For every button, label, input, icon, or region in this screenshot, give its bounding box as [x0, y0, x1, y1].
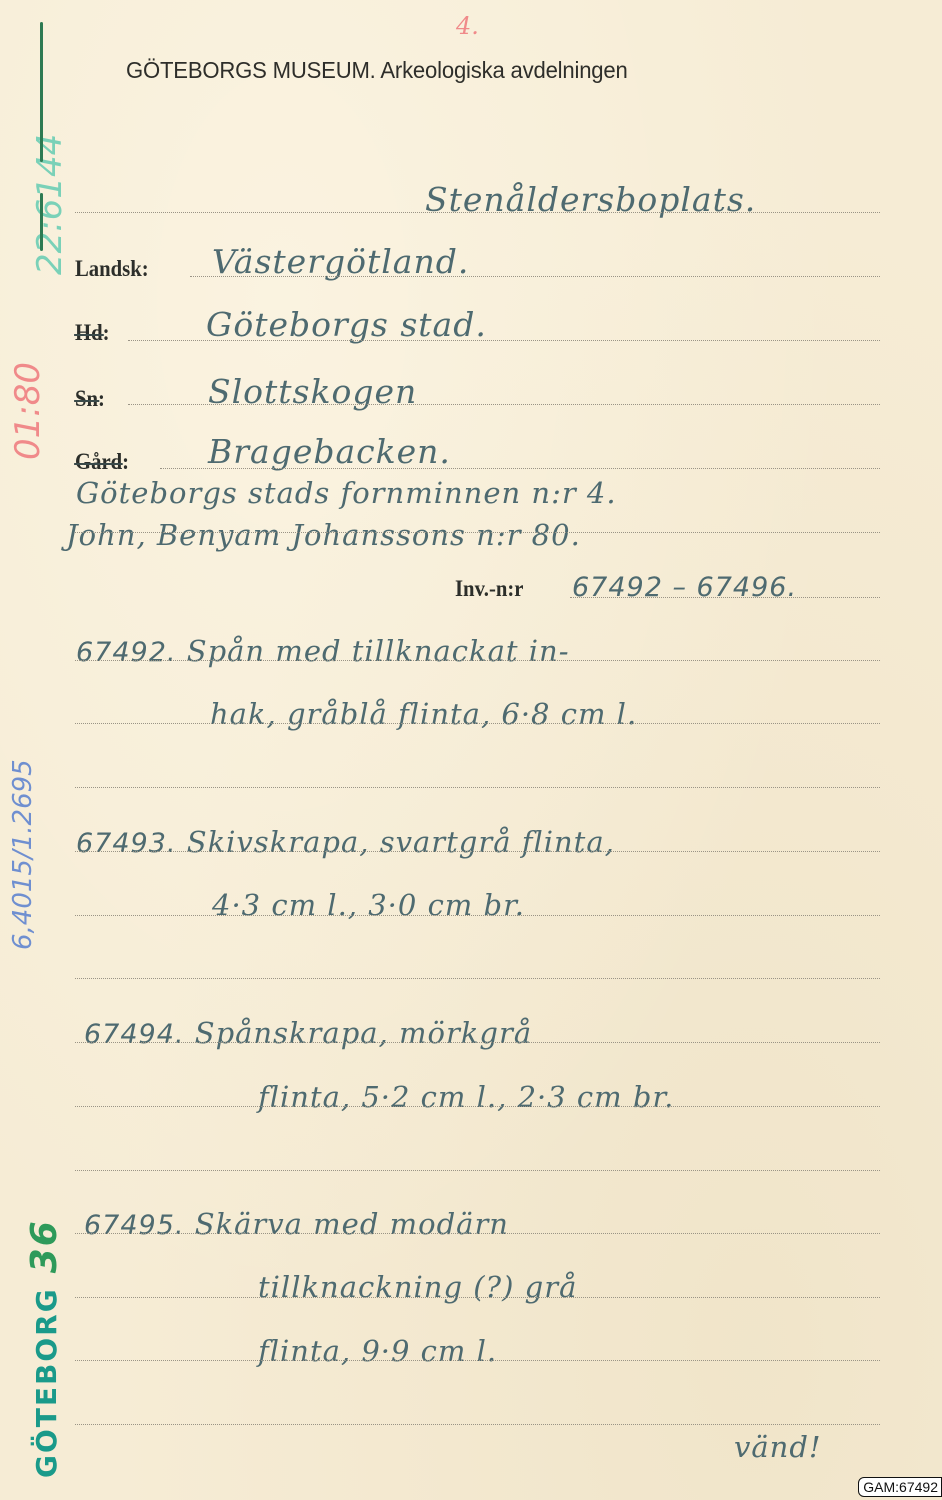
entry-67494-line-2: flinta, 5·2 cm l., 2·3 cm br.: [258, 1080, 674, 1114]
field-value-gard: Bragebacken.: [208, 432, 451, 471]
entry-67493-line-1: 67493. Skivskrapa, svartgrå flinta,: [76, 825, 615, 859]
inventory-value: 67492 – 67496.: [572, 572, 797, 603]
dotted-rule: [75, 1360, 880, 1361]
field-label-hd: Hd:: [75, 320, 110, 346]
inventory-label: Inv.-n:r: [455, 576, 523, 602]
field-value-sn: Slottskogen: [208, 372, 417, 411]
entry-67495-line-3: flinta, 9·9 cm l.: [258, 1334, 497, 1368]
dotted-rule: [75, 1297, 880, 1298]
dotted-rule: [75, 1424, 880, 1425]
margin-blue-number: 6,4015/1.2695: [8, 759, 38, 950]
margin-green-number: 22:6144: [30, 134, 70, 275]
catalog-card: 4. GÖTEBORGS MUSEUM. Arkeologiska avdeln…: [0, 0, 942, 1500]
entry-67492-line-2: hak, gråblå flinta, 6·8 cm l.: [210, 697, 637, 731]
dotted-rule: [75, 787, 880, 788]
note-line-2: John, Benyam Johanssons n:r 80.: [66, 518, 581, 552]
dotted-rule: [75, 851, 880, 852]
dotted-rule: [75, 532, 880, 533]
entry-67495-line-1: 67495. Skärva med modärn: [84, 1207, 509, 1241]
dotted-rule: [128, 404, 880, 405]
dotted-rule: [75, 1106, 880, 1107]
entry-67492-line-1: 67492. Spån med tillknackat in-: [76, 634, 570, 668]
dotted-rule: [75, 660, 880, 661]
entry-67494-line-1: 67494. Spånskrapa, mörkgrå: [84, 1016, 532, 1050]
dotted-rule: [75, 1170, 880, 1171]
catalog-stamp: GAM:67492: [858, 1477, 942, 1497]
margin-goteborg-stamp: GÖTEBORG36: [24, 1219, 65, 1478]
dotted-rule: [75, 212, 880, 213]
strike-bar: [40, 193, 43, 251]
turn-over-note: vänd!: [734, 1430, 822, 1464]
stamp-number: 36: [24, 1219, 65, 1273]
dotted-rule: [75, 915, 880, 916]
dotted-rule: [128, 340, 880, 341]
field-label-landsk: Landsk:: [75, 256, 149, 282]
entry-67495-line-2: tillknackning (?) grå: [258, 1270, 577, 1304]
dotted-rule: [75, 978, 880, 979]
entry-67493-line-2: 4·3 cm l., 3·0 cm br.: [212, 888, 525, 922]
dotted-rule: [190, 276, 880, 277]
stamp-place: GÖTEBORG: [30, 1287, 63, 1478]
dotted-rule: [75, 1042, 880, 1043]
note-line-1: Göteborgs stads fornminnen n:r 4.: [76, 476, 617, 510]
dotted-rule: [75, 723, 880, 724]
dotted-rule: [570, 597, 880, 598]
margin-red-number: 01:80: [8, 362, 48, 460]
page-number: 4.: [456, 12, 479, 40]
dotted-rule: [75, 1233, 880, 1234]
museum-header: GÖTEBORGS MUSEUM. Arkeologiska avdelning…: [126, 57, 628, 84]
strike-bar: [40, 22, 43, 162]
dotted-rule: [160, 468, 880, 469]
site-type: Stenåldersboplats.: [425, 180, 756, 219]
field-value-hd: Göteborgs stad.: [206, 305, 487, 344]
field-label-sn: Sn:: [75, 386, 105, 412]
field-label-gard: Gård:: [75, 449, 129, 475]
